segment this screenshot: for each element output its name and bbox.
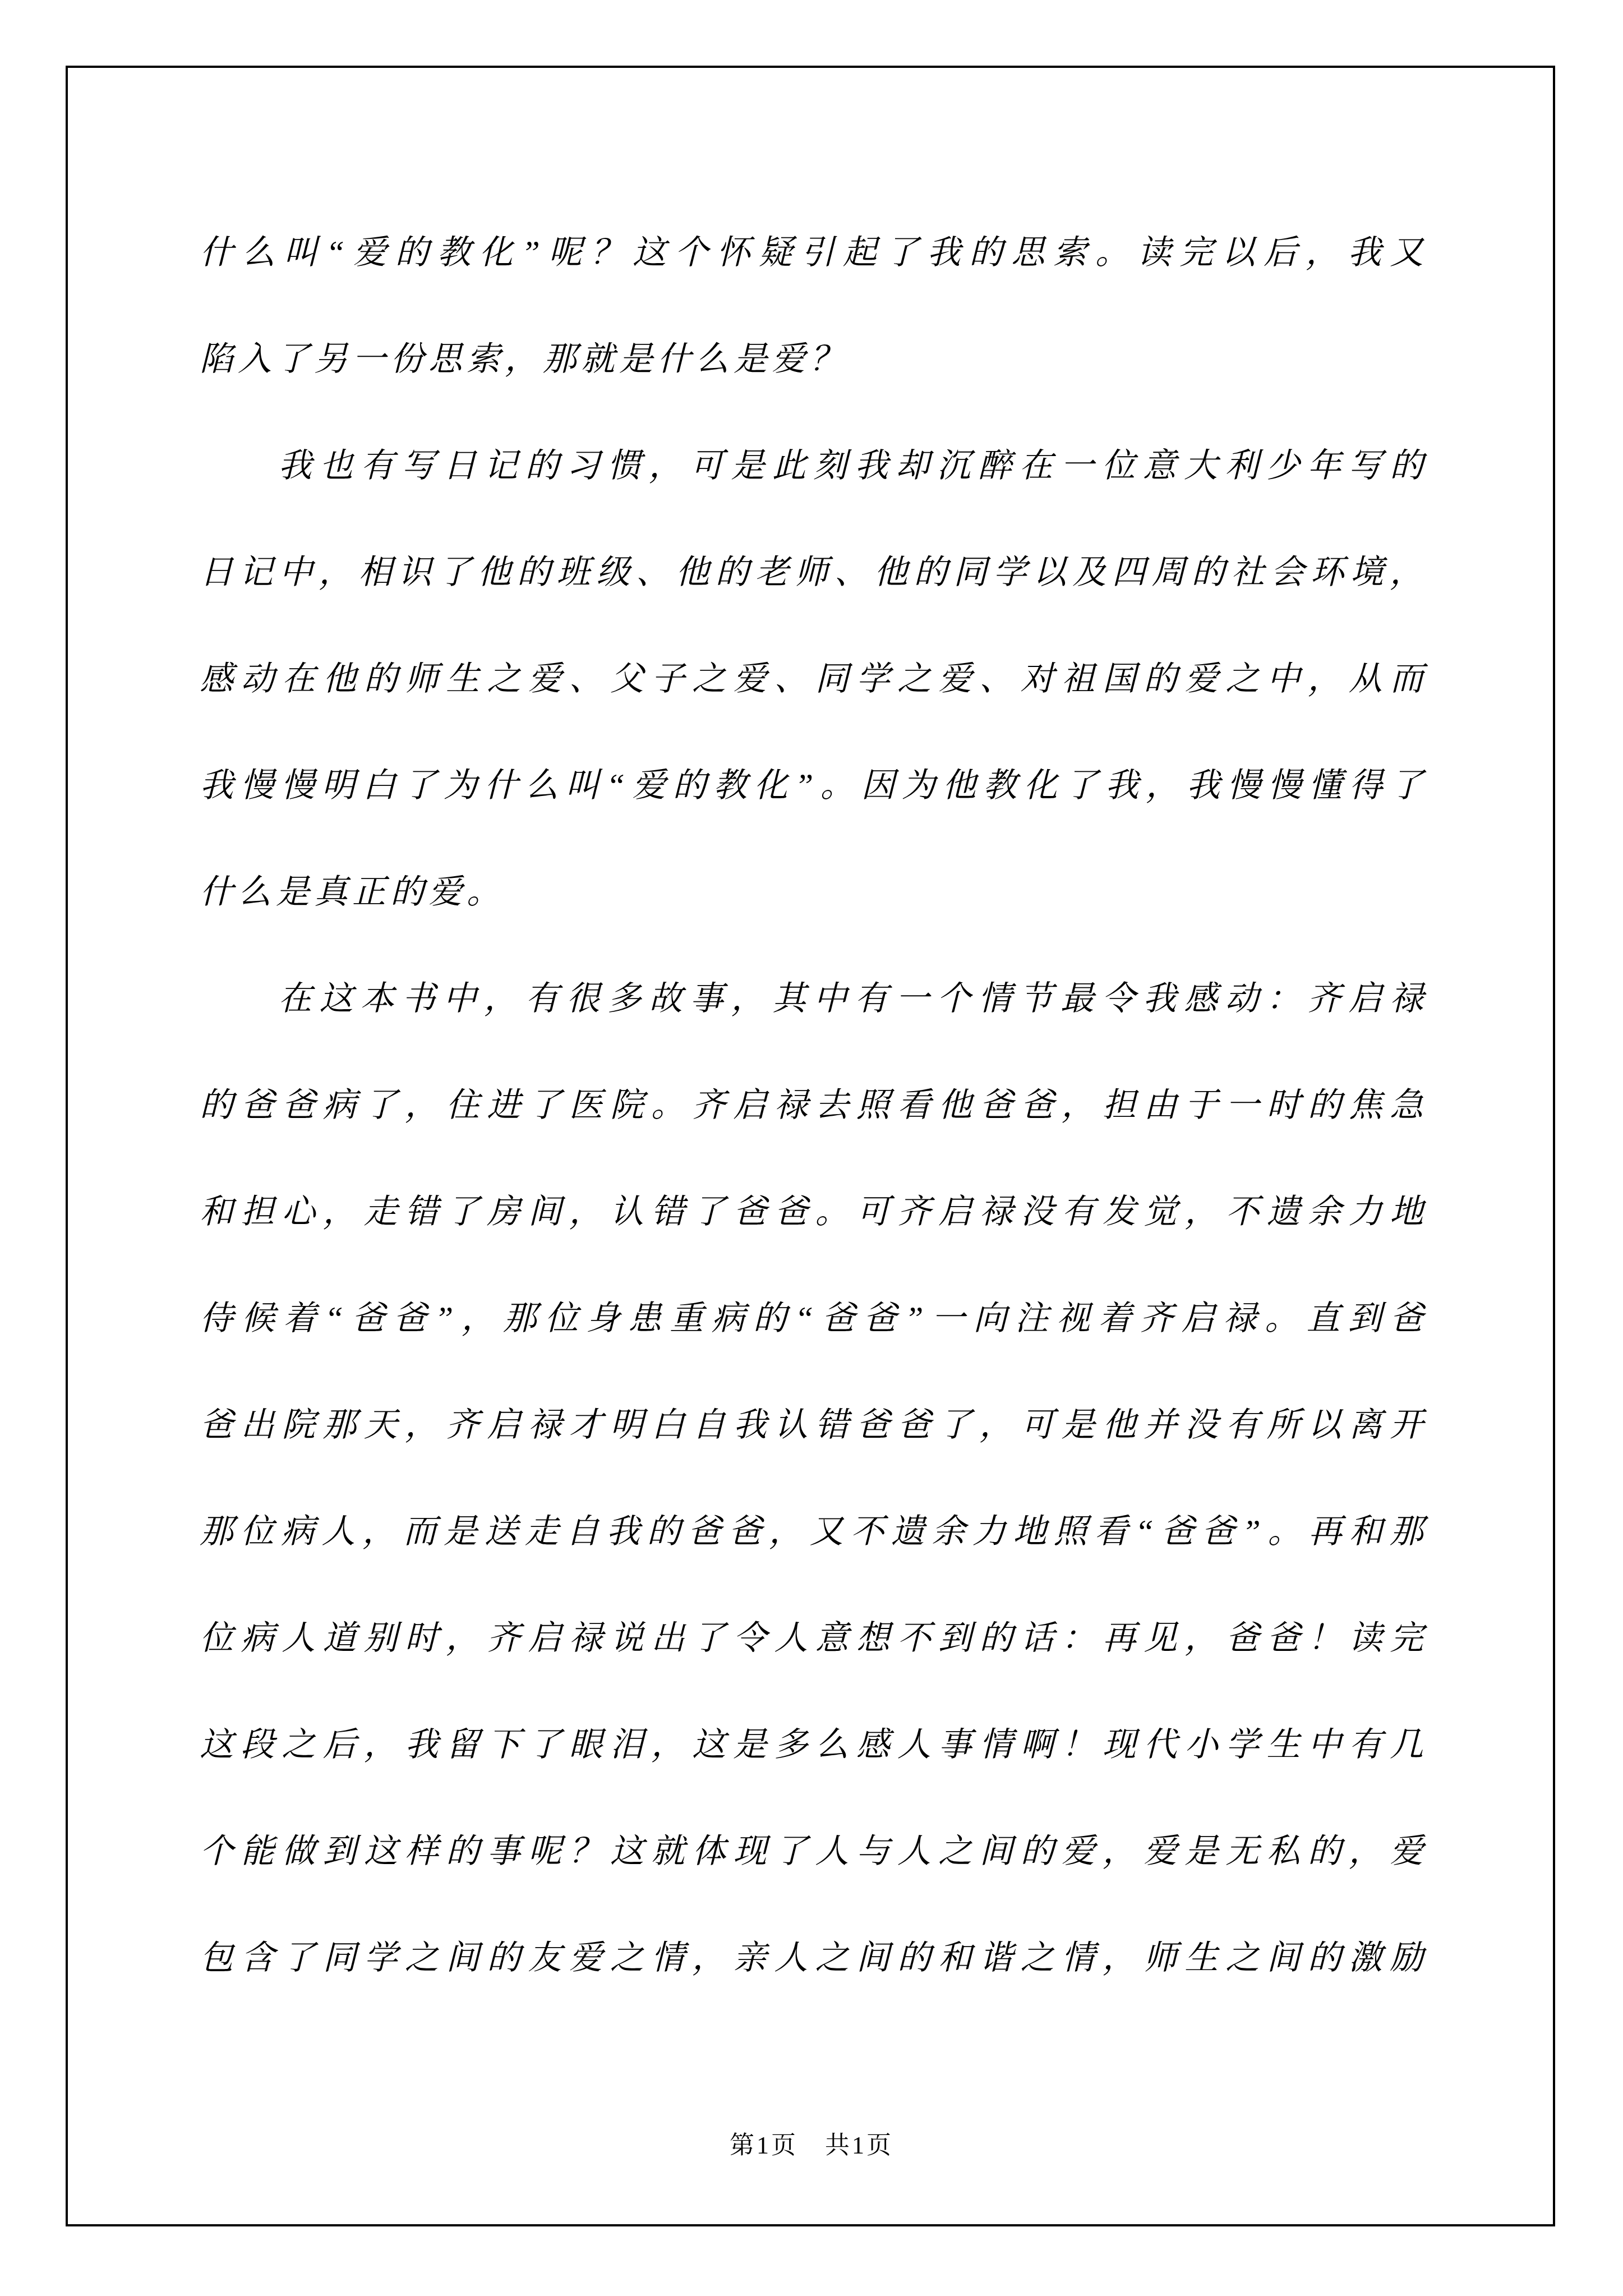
text-line: 个能做到这样的事呢？这就体现了人与人之间的爱，爱是无私的，爱 bbox=[200, 1798, 1428, 1904]
text-line: 这段之后，我留下了眼泪，这是多么感人事情啊！现代小学生中有几 bbox=[200, 1691, 1428, 1798]
text-line: 的爸爸病了，住进了医院。齐启禄去照看他爸爸，担由于一时的焦急 bbox=[200, 1052, 1428, 1158]
document-body: 什么叫“爱的教化”呢？这个怀疑引起了我的思索。读完以后，我又 陷入了另一份思索，… bbox=[200, 199, 1428, 2011]
text-line: 感动在他的师生之爱、父子之爱、同学之爱、对祖国的爱之中，从而 bbox=[200, 625, 1428, 732]
page-number-text: 第1页 共1页 bbox=[730, 2132, 893, 2159]
text-line: 包含了同学之间的友爱之情，亲人之间的和谐之情，师生之间的激励 bbox=[200, 1904, 1428, 2011]
text-line: 爸出院那天，齐启禄才明白自我认错爸爸了，可是他并没有所以离开 bbox=[200, 1372, 1428, 1478]
text-line: 日记中，相识了他的班级、他的老师、他的同学以及四周的社会环境， bbox=[200, 519, 1428, 625]
text-line: 我慢慢明白了为什么叫“爱的教化”。因为他教化了我，我慢慢懂得了 bbox=[200, 732, 1428, 839]
text-line: 什么是真正的爱。 bbox=[200, 839, 1428, 945]
text-line: 那位病人，而是送走自我的爸爸，又不遗余力地照看“爸爸”。再和那 bbox=[200, 1478, 1428, 1585]
text-line: 和担心，走错了房间，认错了爸爸。可齐启禄没有发觉，不遗余力地 bbox=[200, 1158, 1428, 1265]
text-line: 我也有写日记的习惯，可是此刻我却沉醉在一位意大利少年写的 bbox=[200, 412, 1428, 519]
text-line: 什么叫“爱的教化”呢？这个怀疑引起了我的思索。读完以后，我又 bbox=[200, 199, 1428, 306]
text-line: 侍候着“爸爸”，那位身患重病的“爸爸”一向注视着齐启禄。直到爸 bbox=[200, 1265, 1428, 1372]
text-line: 陷入了另一份思索，那就是什么是爱？ bbox=[200, 306, 1428, 412]
text-line: 位病人道别时，齐启禄说出了令人意想不到的话：再见，爸爸！读完 bbox=[200, 1585, 1428, 1691]
text-line: 在这本书中，有很多故事，其中有一个情节最令我感动：齐启禄 bbox=[200, 945, 1428, 1052]
page-footer: 第1页 共1页 bbox=[0, 2125, 1623, 2161]
